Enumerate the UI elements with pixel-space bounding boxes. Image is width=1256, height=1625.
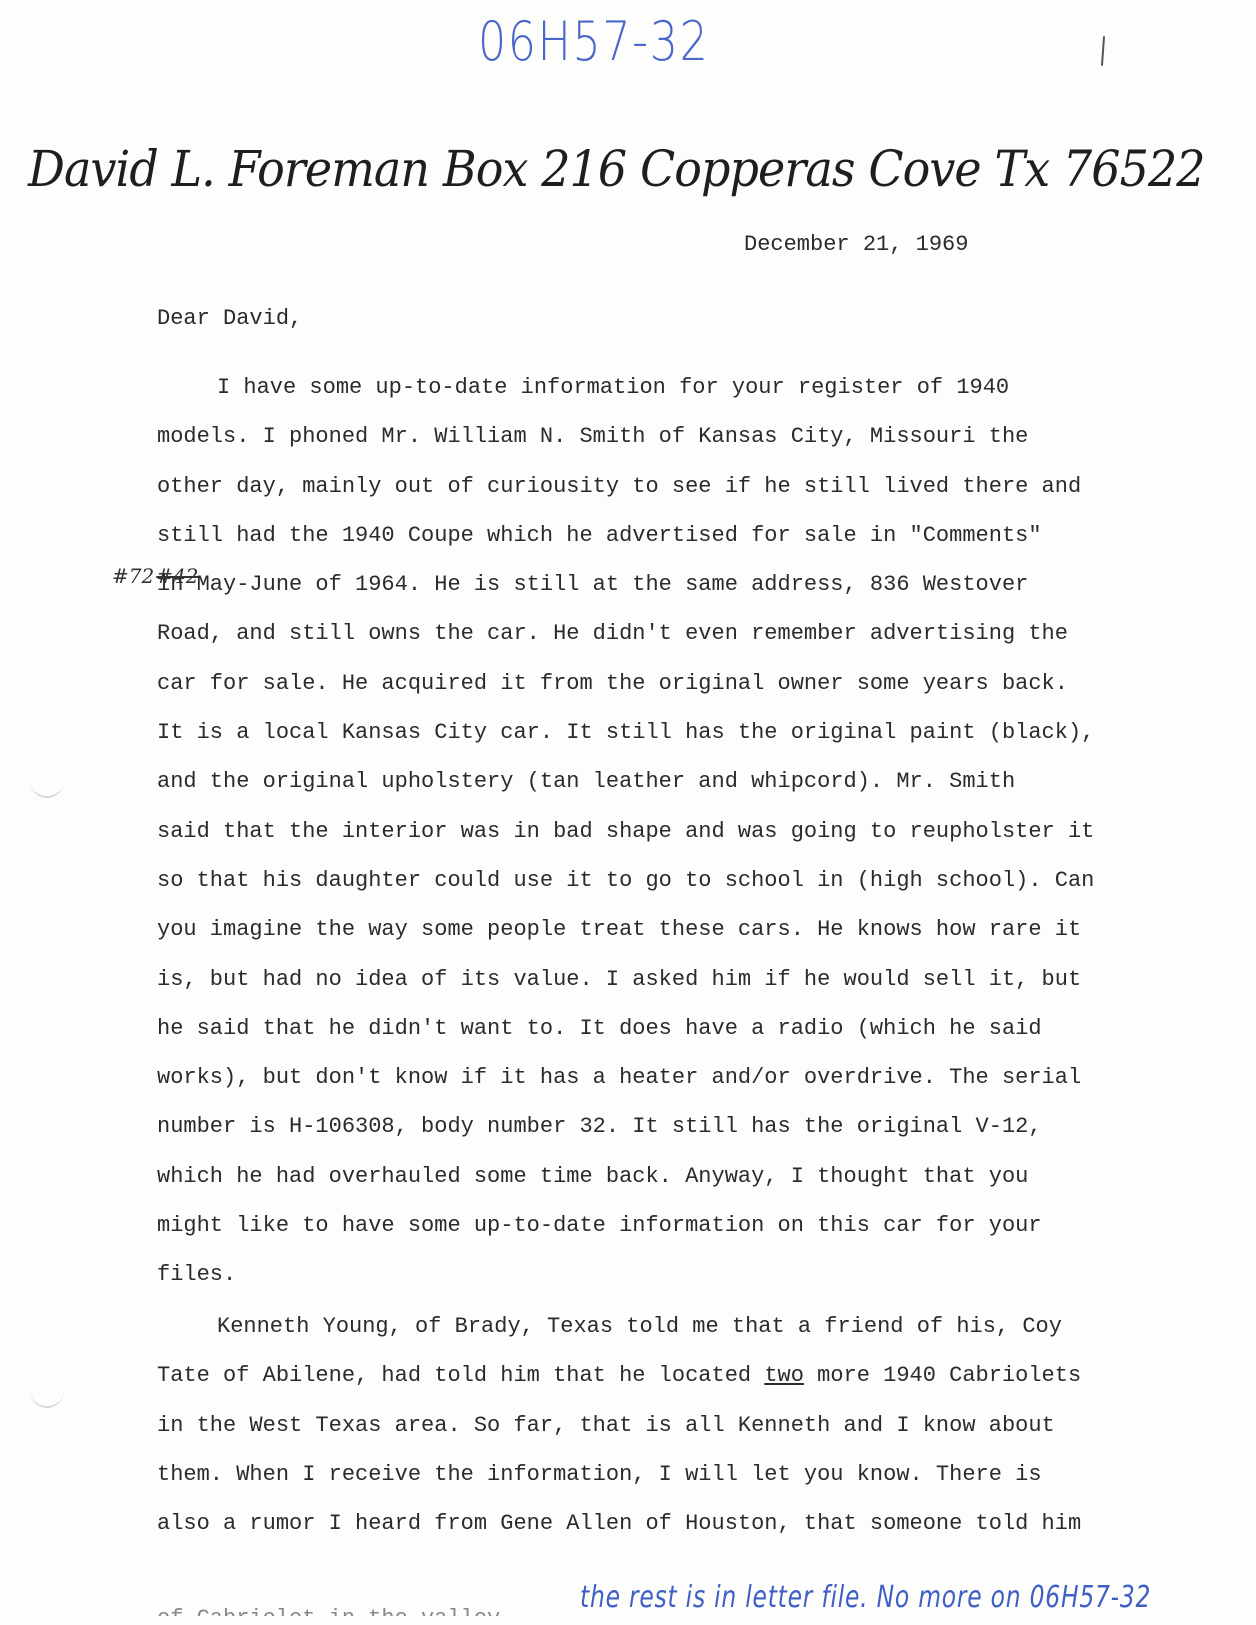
text-run: Tate of Abilene, had told him that he lo… bbox=[157, 1363, 764, 1388]
paragraph-line: them. When I receive the information, I … bbox=[157, 1450, 1227, 1499]
paragraph-line: car for sale. He acquired it from the or… bbox=[157, 659, 1227, 708]
paragraph-line: number is H-106308, body number 32. It s… bbox=[157, 1102, 1227, 1151]
paragraph-2: Kenneth Young, of Brady, Texas told me t… bbox=[157, 1302, 1227, 1548]
paragraph-line: might like to have some up-to-date infor… bbox=[157, 1201, 1227, 1250]
paragraph-line: you imagine the way some people treat th… bbox=[157, 905, 1227, 954]
paragraph-line: he said that he didn't want to. It does … bbox=[157, 1004, 1227, 1053]
paragraph-line: in May-June of 1964. He is still at the … bbox=[157, 560, 1227, 609]
margin-annotation: #72#42 bbox=[112, 564, 198, 588]
letter-date: December 21, 1969 bbox=[744, 232, 968, 257]
letter-page: 06H57-32 David L. Foreman Box 216 Copper… bbox=[0, 0, 1256, 1625]
paragraph-line: other day, mainly out of curiousity to s… bbox=[157, 462, 1227, 511]
punch-hole-shadow bbox=[30, 776, 64, 798]
paragraph-line: which he had overhauled some time back. … bbox=[157, 1152, 1227, 1201]
punch-hole-shadow bbox=[30, 1386, 64, 1408]
underlined-word: two bbox=[764, 1363, 804, 1388]
text-run: more 1940 Cabriolets bbox=[804, 1363, 1081, 1388]
paragraph-line: still had the 1940 Coupe which he advert… bbox=[157, 511, 1227, 560]
cutoff-line: of Cabriolet in the valley bbox=[157, 1606, 500, 1625]
paragraph-line: also a rumor I heard from Gene Allen of … bbox=[157, 1499, 1227, 1548]
salutation: Dear David, bbox=[157, 306, 302, 331]
margin-issue-number: #72 bbox=[112, 564, 154, 588]
paragraph-line: and the original upholstery (tan leather… bbox=[157, 757, 1227, 806]
paragraph-line: is, but had no idea of its value. I aske… bbox=[157, 955, 1227, 1004]
paragraph-line: Tate of Abilene, had told him that he lo… bbox=[157, 1351, 1227, 1400]
edge-mark bbox=[1101, 36, 1105, 66]
paragraph-line: Kenneth Young, of Brady, Texas told me t… bbox=[157, 1302, 1227, 1351]
paragraph-line: I have some up-to-date information for y… bbox=[157, 363, 1227, 412]
paragraph-1: I have some up-to-date information for y… bbox=[157, 363, 1227, 1300]
paragraph-line: models. I phoned Mr. William N. Smith of… bbox=[157, 412, 1227, 461]
paragraph-line: in the West Texas area. So far, that is … bbox=[157, 1401, 1227, 1450]
margin-struck-number: #42 bbox=[156, 564, 198, 588]
paragraph-line: It is a local Kansas City car. It still … bbox=[157, 708, 1227, 757]
paragraph-line: files. bbox=[157, 1250, 1227, 1299]
handwritten-footnote: the rest is in letter file. No more on 0… bbox=[580, 1580, 1151, 1615]
paragraph-line: works), but don't know if it has a heate… bbox=[157, 1053, 1227, 1102]
paragraph-line: so that his daughter could use it to go … bbox=[157, 856, 1227, 905]
paragraph-line: said that the interior was in bad shape … bbox=[157, 807, 1227, 856]
paragraph-line: Road, and still owns the car. He didn't … bbox=[157, 609, 1227, 658]
file-code-stamp: 06H57-32 bbox=[478, 10, 709, 73]
sender-address-handwritten: David L. Foreman Box 216 Copperas Cove T… bbox=[28, 140, 1205, 198]
